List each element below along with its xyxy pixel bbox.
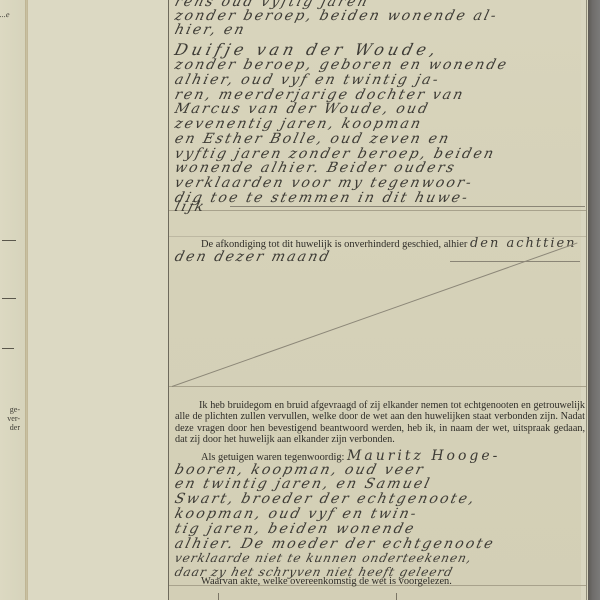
handwritten-line: hier, en [173, 22, 587, 38]
fill-line [450, 261, 580, 262]
scan-dark-edge [588, 0, 600, 600]
signature-column-tick [218, 593, 219, 600]
handwritten-line: en twintig jaren, en Samuel [173, 476, 587, 492]
margin-print-line: der [2, 423, 20, 432]
margin-ink-stroke [2, 348, 14, 349]
margin-print-line: ge- [2, 405, 20, 414]
signature-column-tick [396, 593, 397, 600]
margin-print-line: ver- [2, 414, 20, 423]
margin-print-fragment: ge- ver- der [2, 405, 20, 432]
handwritten-line: verklaarde niet te kunnen onderteekenen, [173, 551, 586, 565]
handwritten-line: alhier, oud vyf en twintig ja- [173, 72, 587, 88]
handwritten-line: koopman, oud vyf en twin- [173, 506, 587, 522]
handwritten-line: verklaarden voor my tegenwoor- [173, 175, 587, 191]
handwritten-line: alhier. De moeder der echtgenoote [173, 536, 587, 552]
previous-page-edge [0, 0, 26, 600]
handwritten-line: wonende alhier. Beider ouders [173, 160, 587, 176]
handwritten-line: lijk [173, 199, 217, 215]
declaration-printed-text: Ik heb bruidegom en bruid afgevraagd of … [175, 400, 585, 445]
margin-ink-stroke [2, 240, 16, 241]
closing-text: Waarvan akte, welke overeenkomstig de we… [201, 576, 452, 587]
scanned-register-page: ...e ge- ver- der rens oud vyftig jaren … [0, 0, 600, 600]
handwritten-line: dig toe te stemmen in dit huwe- [173, 190, 587, 206]
handwritten-line: zonder beroep, geboren en wonende [173, 57, 587, 73]
margin-ink-stroke [2, 298, 16, 299]
section-rule [169, 386, 586, 387]
left-margin-column [28, 0, 168, 600]
margin-fragment: ...e [0, 10, 11, 19]
handwritten-line: tig jaren, beiden wonende [173, 521, 587, 537]
handwritten-line: zevenentig jaren, koopman [173, 116, 587, 132]
declaration-text: Ik heb bruidegom en bruid afgevraagd of … [175, 400, 585, 446]
fill-line [230, 206, 585, 207]
handwritten-line: Marcus van der Woude, oud [173, 101, 587, 117]
publication-handwritten-continuation: den dezer maand [173, 249, 587, 265]
handwritten-line: en Esther Bolle, oud zeven en [173, 131, 587, 147]
section-rule [169, 210, 586, 211]
handwritten-line: Swart, broeder der echtgenoote, [173, 491, 587, 507]
